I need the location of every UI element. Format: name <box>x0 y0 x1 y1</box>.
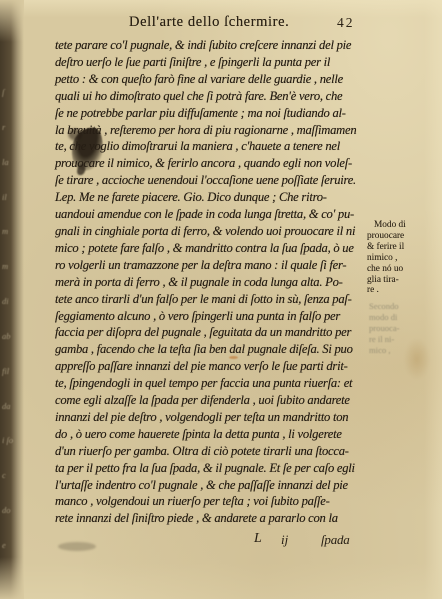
text-line: do , ò uero come hauerete ſpinta la dett… <box>55 426 367 443</box>
text-line: te, ſpingendogli in quel tempo per facci… <box>55 375 367 392</box>
text-line: innanzi del pie deſtro , volgendogli per… <box>55 409 367 426</box>
bleedthrough-line: Secondo <box>369 301 425 312</box>
smudge-mark <box>58 542 96 551</box>
text-line: come egli alzaſſe la ſpada per difenderl… <box>55 392 367 409</box>
text-line: gamba , facendo che la teſta ſia ben dal… <box>55 341 367 358</box>
text-line: rete innanzi del ſiniſtro piede , & anda… <box>55 510 367 527</box>
signature-mark: L <box>254 531 262 547</box>
margin-note-line: Modo di <box>367 220 423 231</box>
signature-numeral: ij <box>281 532 288 548</box>
page-gutter-shadow: ſrlailmmdiabfildai ſocdoe <box>0 0 24 599</box>
text-line: manco , volgendoui un riuerſo per teſta … <box>55 493 367 510</box>
stain-faint <box>196 454 210 464</box>
text-line: l'urtaſſe indentro co'l pugnale , & che … <box>55 477 367 494</box>
facing-page-fragment: il <box>2 193 18 202</box>
text-line: Lep. Me ne farete piacere. Gio. Dico dun… <box>55 189 367 206</box>
text-line: mico ; potete fare falſo , & mandritto c… <box>55 240 367 257</box>
stain-foxing <box>404 338 430 380</box>
text-line: appreſſo paſſare innanzi del pie manco v… <box>55 358 367 375</box>
text-line: quali ui ho dimoſtrato quel che ſi potrà… <box>55 88 367 105</box>
page-number: 42 <box>337 15 355 31</box>
text-line: prouocare il nimico, & ferirlo ancora , … <box>55 155 367 172</box>
margin-note-line: glia tira- <box>367 275 423 286</box>
body-text: tete parare co'l pugnale, & indi ſubito … <box>55 37 367 527</box>
text-line: ſe ne potrebbe parlar piu diffuſamente ;… <box>55 105 367 122</box>
catchword: ſpada <box>321 532 350 548</box>
margin-note-line: nimico , <box>367 253 423 264</box>
text-line: petto : & con queſto farò fine al variar… <box>55 71 367 88</box>
margin-note-line: prouocare <box>367 231 423 242</box>
text-line: merà in porta di ferro , & il pugnale in… <box>55 274 367 291</box>
text-line: ſe tirare , accioche uenendoui l'occaſio… <box>55 172 367 189</box>
text-line: d'un riuerſo per gamba. Oltra di ciò pot… <box>55 443 367 460</box>
running-header-title: Dell'arte dello ſchermire. <box>129 14 289 31</box>
facing-page-fragment: la <box>2 158 18 167</box>
text-line: tete anco tirarli d'un falſo per le mani… <box>55 291 367 308</box>
text-line: uandoui amendue con le ſpade in coda lun… <box>55 206 367 223</box>
text-line: deſtro uerſo le ſue parti ſiniſtre , e ſ… <box>55 54 367 71</box>
facing-page-fragment: ab <box>2 332 18 341</box>
facing-page-fragment: da <box>2 402 18 411</box>
facing-page-fragment: i ſo <box>2 436 18 445</box>
text-line: faccia per diſopra del pugnale , ſeguita… <box>55 324 367 341</box>
facing-page-text-fragments: ſrlailmmdiabfildai ſocdoe <box>2 88 18 550</box>
text-line: ta per il petto fra la ſua ſpada, & il p… <box>55 460 367 477</box>
facing-page-fragment: c <box>2 471 18 480</box>
text-line: tete parare co'l pugnale, & indi ſubito … <box>55 37 367 54</box>
facing-page-fragment: fil <box>2 367 18 376</box>
facing-page-fragment: m <box>2 227 18 236</box>
margin-note-line: & ferire il <box>367 242 423 253</box>
margin-note-line: re . <box>367 285 423 296</box>
facing-page-fragment: ſ <box>2 88 18 97</box>
facing-page-fragment: m <box>2 262 18 271</box>
text-line: gnali in cinghiale porta di ferro, & vol… <box>55 223 367 240</box>
margin-note: Modo diprouocare& ferire ilnimico ,che n… <box>367 220 423 296</box>
facing-page-fragment: di <box>2 297 18 306</box>
facing-page-fragment: do <box>2 506 18 515</box>
stain-speck <box>229 356 238 359</box>
margin-note-line: che nó uo <box>367 264 423 275</box>
text-line: ſeggiamento alcuno , ò vero ſpingerli un… <box>55 308 367 325</box>
book-page: ſrlailmmdiabfildai ſocdoe Dell'arte dell… <box>0 0 442 599</box>
facing-page-fragment: r <box>2 123 18 132</box>
bleedthrough-line: prouoca- <box>369 323 425 334</box>
text-line: ro volgerli un tramazzone per la deſtra … <box>55 257 367 274</box>
bleedthrough-line: modo di <box>369 312 425 323</box>
